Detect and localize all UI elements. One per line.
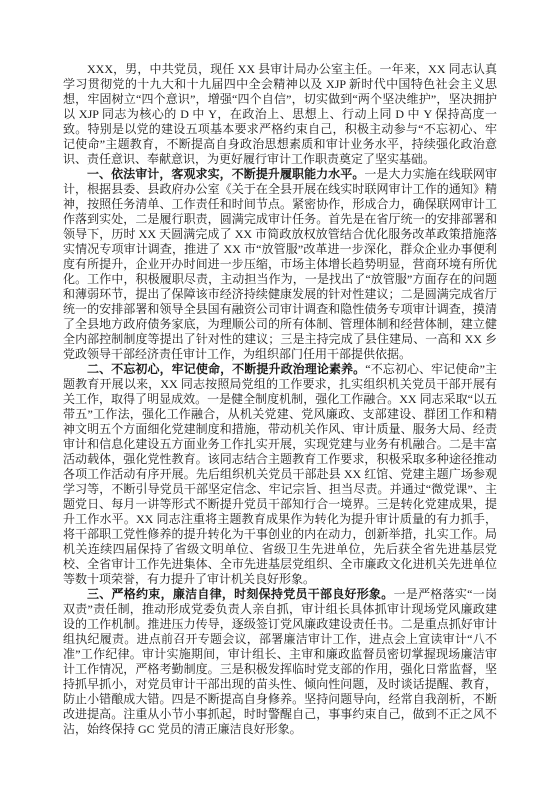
section-2-text: “不忘初心、牢记使命”主题教育开展以来，XX 同志按照局党组的工作要求，扎实组织… <box>63 362 497 586</box>
section-3-text: 一是严格落实“一岗双责”责任制，推动形成党委负责人亲自抓，审计组长具体抓审计现场… <box>63 587 497 736</box>
paragraph-intro-text: XXX，男，中共党员，现任 XX 县审计局办公室主任。一年来，XX 同志认真学习… <box>63 62 497 166</box>
paragraph-section-1: 一、依法审计，客观求实，不断提升履职能力水平。一是大力实施在线联网审计，根据县委… <box>63 167 497 362</box>
section-3-heading: 三、严格约束，廉洁自律，时刻保持党员干部良好形象。 <box>87 587 394 601</box>
section-1-heading: 一、依法审计，客观求实，不断提升履职能力水平。 <box>87 167 364 181</box>
document-page: XXX，男，中共党员，现任 XX 县审计局办公室主任。一年来，XX 同志认真学习… <box>0 0 560 792</box>
paragraph-intro: XXX，男，中共党员，现任 XX 县审计局办公室主任。一年来，XX 同志认真学习… <box>63 62 497 167</box>
section-2-heading: 二、不忘初心，牢记使命，不断提升政治理论素养。 <box>87 362 365 376</box>
document-content: XXX，男，中共党员，现任 XX 县审计局办公室主任。一年来，XX 同志认真学习… <box>63 62 497 737</box>
paragraph-section-3: 三、严格约束，廉洁自律，时刻保持党员干部良好形象。一是严格落实“一岗双责”责任制… <box>63 587 497 737</box>
paragraph-section-2: 二、不忘初心，牢记使命，不断提升政治理论素养。“不忘初心、牢记使命”主题教育开展… <box>63 362 497 587</box>
section-1-text: 一是大力实施在线联网审计，根据县委、县政府办公室《关于在全县开展在线实时联网审计… <box>63 167 497 361</box>
